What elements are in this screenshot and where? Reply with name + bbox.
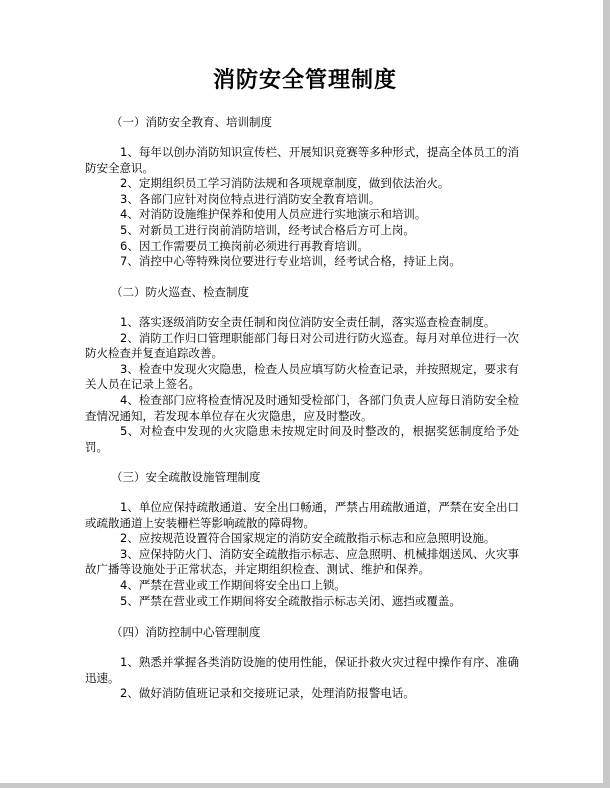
document-title: 消防安全管理制度 [0, 66, 610, 94]
section-education-training: （一）消防安全教育、培训制度 1、每年以创办消防知识宣传栏、开展知识竞赛等多种形… [85, 114, 519, 270]
list-item: 7、消控中心等特殊岗位要进行专业培训，经考试合格，持证上岗。 [85, 254, 519, 270]
list-item: 2、应按规范设置符合国家规定的消防安全疏散指示标志和应急照明设施。 [85, 531, 519, 547]
list-item: 4、对消防设施维护保养和使用人员应进行实地演示和培训。 [85, 207, 519, 223]
list-item: 5、对新员工进行岗前消防培训，经考试合格后方可上岗。 [85, 223, 519, 239]
list-item: 1、落实逐级消防安全责任制和岗位消防安全责任制，落实巡查检查制度。 [85, 315, 519, 331]
list-item: 1、每年以创办消防知识宣传栏、开展知识竞赛等多种形式，提高全体员工的消防安全意识… [85, 145, 519, 176]
list-item: 2、做好消防值班记录和交接班记录，处理消防报警电话。 [85, 686, 519, 702]
section-heading: （二）防火巡查、检查制度 [85, 284, 519, 300]
section-items: 1、每年以创办消防知识宣传栏、开展知识竞赛等多种形式，提高全体员工的消防安全意识… [85, 145, 519, 270]
list-item: 3、应保持防火门、消防安全疏散指示标志、应急照明、机械排烟送风、火灾事故广播等设… [85, 547, 519, 578]
list-item: 5、严禁在营业或工作期间将安全疏散指示标志关闭、遮挡或覆盖。 [85, 594, 519, 610]
section-items: 1、单位应保持疏散通道、安全出口畅通，严禁占用疏散通道，严禁在安全出口或疏散通道… [85, 500, 519, 609]
list-item: 4、检查部门应将检查情况及时通知受检部门，各部门负责人应每日消防安全检查情况通知… [85, 393, 519, 424]
section-items: 1、落实逐级消防安全责任制和岗位消防安全责任制，落实巡查检查制度。 2、消防工作… [85, 315, 519, 455]
section-heading: （三）安全疏散设施管理制度 [85, 469, 519, 485]
list-item: 3、检查中发现火灾隐患，检查人员应填写防火检查记录，并按照规定，要求有关人员在记… [85, 362, 519, 393]
list-item: 1、单位应保持疏散通道、安全出口畅通，严禁占用疏散通道，严禁在安全出口或疏散通道… [85, 500, 519, 531]
list-item: 5、对检查中发现的火灾隐患未按规定时间及时整改的，根据奖惩制度给予处罚。 [85, 424, 519, 455]
list-item: 6、因工作需要员工换岗前必须进行再教育培训。 [85, 239, 519, 255]
list-item: 1、熟悉并掌握各类消防设施的使用性能，保证扑救火灾过程中操作有序、准确迅速。 [85, 655, 519, 686]
section-control-center: （四）消防控制中心管理制度 1、熟悉并掌握各类消防设施的使用性能，保证扑救火灾过… [85, 624, 519, 702]
section-evacuation-facilities: （三）安全疏散设施管理制度 1、单位应保持疏散通道、安全出口畅通，严禁占用疏散通… [85, 469, 519, 609]
document-page: 消防安全管理制度 （一）消防安全教育、培训制度 1、每年以创办消防知识宣传栏、开… [0, 0, 603, 783]
section-heading: （四）消防控制中心管理制度 [85, 624, 519, 640]
list-item: 2、消防工作归口管理职能部门每日对公司进行防火巡查。每月对单位进行一次防火检查并… [85, 331, 519, 362]
list-item: 4、严禁在营业或工作期间将安全出口上锁。 [85, 578, 519, 594]
section-items: 1、熟悉并掌握各类消防设施的使用性能，保证扑救火灾过程中操作有序、准确迅速。 2… [85, 655, 519, 702]
section-fire-inspection: （二）防火巡查、检查制度 1、落实逐级消防安全责任制和岗位消防安全责任制，落实巡… [85, 284, 519, 455]
section-heading: （一）消防安全教育、培训制度 [85, 114, 519, 130]
list-item: 3、各部门应针对岗位特点进行消防安全教育培训。 [85, 192, 519, 208]
list-item: 2、定期组织员工学习消防法规和各项规章制度，做到依法治火。 [85, 176, 519, 192]
